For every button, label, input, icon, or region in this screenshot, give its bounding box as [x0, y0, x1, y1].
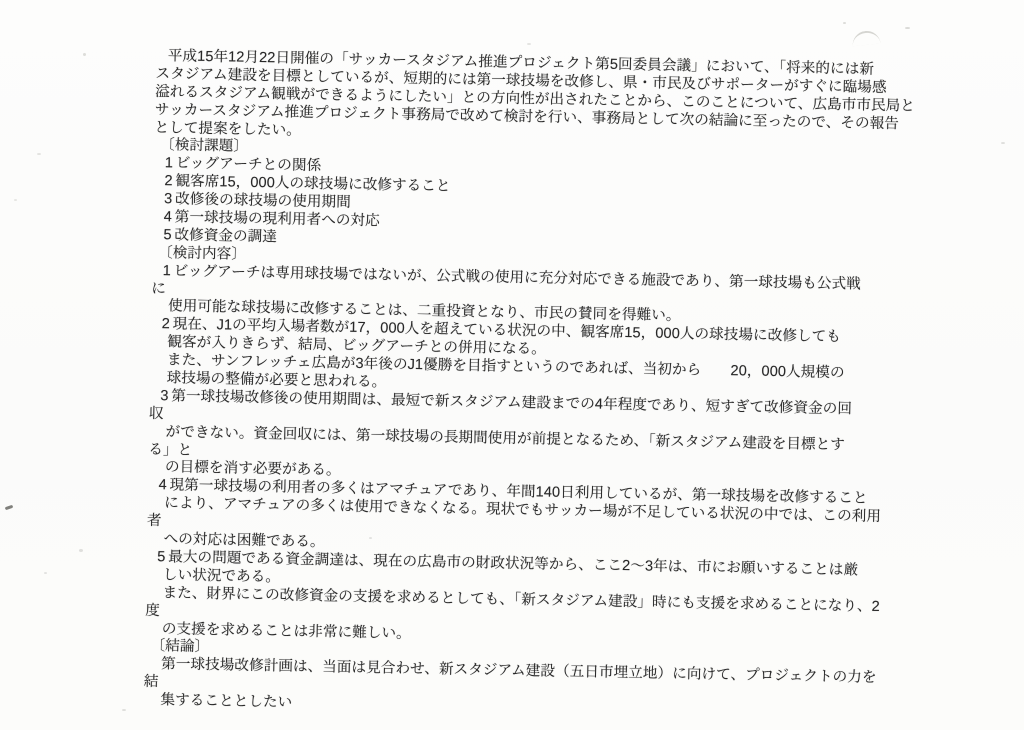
- item-number: 3: [160, 388, 171, 406]
- item-number: 2: [164, 173, 175, 191]
- scan-speck: [37, 153, 41, 155]
- item-number: 5: [163, 227, 174, 245]
- item-number: 4: [164, 209, 175, 227]
- document-text-body: 平成15年12月22日開催の「サッカースタジアム推進プロジェクト第5回委員会議」…: [143, 48, 872, 724]
- item-number: 3: [164, 191, 175, 209]
- item-text: 改修資金の調達: [174, 227, 277, 245]
- item-text: 第一球技場の現利用者への対応: [175, 209, 380, 229]
- scan-speck: [14, 199, 17, 201]
- scan-speck: [905, 27, 910, 29]
- scan-speck: [83, 53, 86, 56]
- item-number: 5: [157, 549, 168, 567]
- scan-speck: [44, 572, 47, 574]
- scan-speck: [843, 22, 846, 24]
- scan-speck: [527, 43, 531, 45]
- scan-speck: [1001, 142, 1005, 144]
- item-number: 1: [163, 263, 174, 281]
- scan-mark-artifact: [5, 505, 14, 510]
- item-number: 4: [158, 478, 169, 496]
- item-number: 1: [165, 156, 176, 174]
- item-text: ビッグアーチとの関係: [176, 156, 322, 175]
- scan-speck: [122, 709, 126, 711]
- scan-curve-artifact: [851, 30, 880, 47]
- scanned-document-page: 平成15年12月22日開催の「サッカースタジアム推進プロジェクト第5回委員会議」…: [0, 0, 1024, 730]
- item-number: 2: [162, 317, 173, 335]
- scan-speck: [79, 549, 83, 552]
- item-text: 改修後の球技場の使用期間: [175, 192, 351, 211]
